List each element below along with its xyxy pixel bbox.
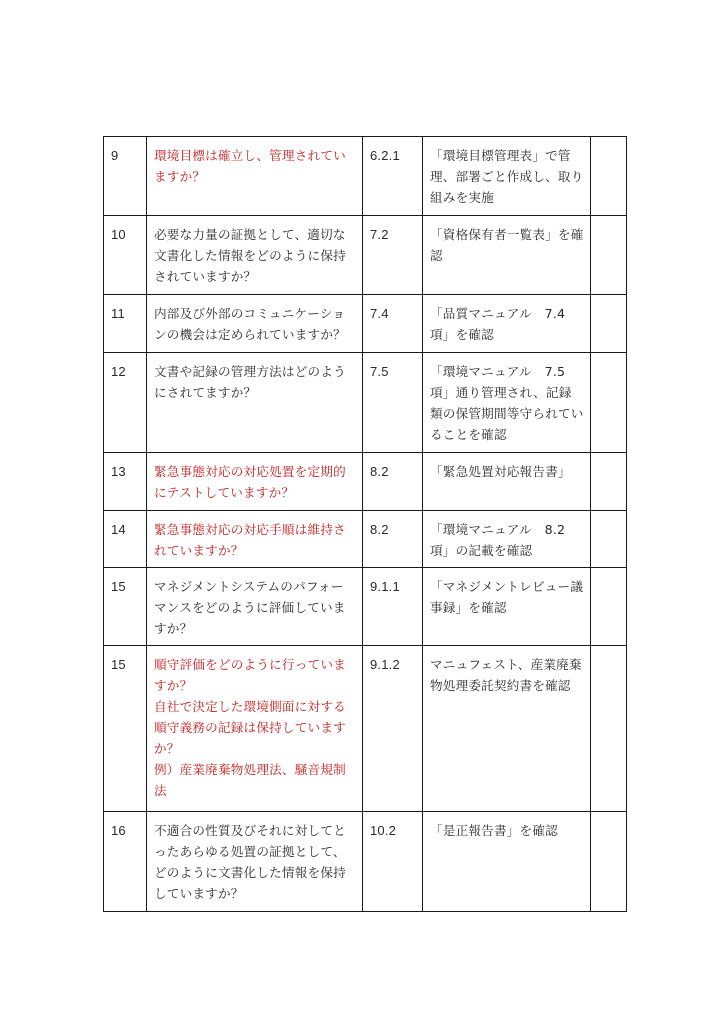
audit-table-body: 9 環境目標は確立し、管理されていますか？ 6.2.1 「環境目標管理表」で管理… <box>104 137 627 912</box>
item-number: 9 <box>104 137 146 172</box>
check-cell[interactable] <box>591 216 627 295</box>
table-row: 13 緊急事態対応の対応処置を定期的にテストしていますか？ 8.2 「緊急処置対… <box>104 453 627 511</box>
check-mark <box>591 295 626 309</box>
question-text: 文書や記録の管理方法はどのようにされてますか？ <box>147 353 362 409</box>
check-cell[interactable] <box>591 812 627 912</box>
evidence-text: 「マネジメントレビュー議事録」を確認 <box>423 568 590 624</box>
clause-number: 10.2 <box>363 812 422 847</box>
clause-cell: 8.2 <box>363 511 423 568</box>
item-number: 13 <box>104 453 146 488</box>
evidence-text: 「緊急処置対応報告書」 <box>423 453 590 488</box>
check-mark <box>591 646 626 660</box>
item-number: 15 <box>104 646 146 681</box>
item-number-cell: 16 <box>104 812 147 912</box>
clause-number: 8.2 <box>363 511 422 546</box>
clause-number: 9.1.2 <box>363 646 422 681</box>
check-mark <box>591 137 626 151</box>
evidence-text: マニュフェスト、産業廃棄物処理委託契約書を確認 <box>423 646 590 702</box>
check-cell[interactable] <box>591 646 627 812</box>
evidence-cell: 「環境目標管理表」で管理、部署ごと作成し、取り組みを実施 <box>423 137 591 216</box>
evidence-text: 「品質マニュアル 7.4 項」を確認 <box>423 295 590 351</box>
item-number: 16 <box>104 812 146 847</box>
item-number: 10 <box>104 216 146 251</box>
evidence-text: 「環境目標管理表」で管理、部署ごと作成し、取り組みを実施 <box>423 137 590 214</box>
evidence-cell: 「緊急処置対応報告書」 <box>423 453 591 511</box>
item-number-cell: 10 <box>104 216 147 295</box>
item-number: 12 <box>104 353 146 388</box>
check-mark <box>591 568 626 582</box>
evidence-cell: 「環境マニュアル 7.5 項」通り管理され、記録類の保管期間等守られていることを… <box>423 353 591 453</box>
evidence-cell: 「是正報告書」を確認 <box>423 812 591 912</box>
question-cell: 内部及び外部のコミュニケーションの機会は定められていますか？ <box>147 295 363 353</box>
clause-cell: 10.2 <box>363 812 423 912</box>
clause-number: 8.2 <box>363 453 422 488</box>
table-row: 9 環境目標は確立し、管理されていますか？ 6.2.1 「環境目標管理表」で管理… <box>104 137 627 216</box>
clause-number: 7.5 <box>363 353 422 388</box>
clause-cell: 7.4 <box>363 295 423 353</box>
evidence-text: 「資格保有者一覧表」を確認 <box>423 216 590 272</box>
evidence-cell: 「品質マニュアル 7.4 項」を確認 <box>423 295 591 353</box>
question-text: 内部及び外部のコミュニケーションの機会は定められていますか？ <box>147 295 362 351</box>
item-number-cell: 13 <box>104 453 147 511</box>
table-row: 16 不適合の性質及びそれに対してとったあらゆる処置の証拠として、どのように文書… <box>104 812 627 912</box>
clause-number: 6.2.1 <box>363 137 422 172</box>
clause-cell: 9.1.2 <box>363 646 423 812</box>
evidence-text: 「環境マニュアル 8.2 項」の記載を確認 <box>423 511 590 567</box>
item-number-cell: 14 <box>104 511 147 568</box>
item-number: 15 <box>104 568 146 603</box>
item-number-cell: 9 <box>104 137 147 216</box>
item-number-cell: 12 <box>104 353 147 453</box>
table-row: 10 必要な力量の証拠として、適切な文書化した情報をどのように保持されていますか… <box>104 216 627 295</box>
question-cell: 不適合の性質及びそれに対してとったあらゆる処置の証拠として、どのように文書化した… <box>147 812 363 912</box>
question-text: 緊急事態対応の対応手順は維持されていますか？ <box>147 511 362 567</box>
table-row: 15 順守評価をどのように行っていますか？ 自社で決定した環境側面に対する順守義… <box>104 646 627 812</box>
check-mark <box>591 216 626 230</box>
table-row: 14 緊急事態対応の対応手順は維持されていますか？ 8.2 「環境マニュアル 8… <box>104 511 627 568</box>
item-number-cell: 15 <box>104 568 147 646</box>
evidence-cell: 「環境マニュアル 8.2 項」の記載を確認 <box>423 511 591 568</box>
table-row: 11 内部及び外部のコミュニケーションの機会は定められていますか？ 7.4 「品… <box>104 295 627 353</box>
question-cell: マネジメントシステムのパフォーマンスをどのように評価していますか？ <box>147 568 363 646</box>
evidence-cell: マニュフェスト、産業廃棄物処理委託契約書を確認 <box>423 646 591 812</box>
evidence-cell: 「マネジメントレビュー議事録」を確認 <box>423 568 591 646</box>
evidence-cell: 「資格保有者一覧表」を確認 <box>423 216 591 295</box>
check-mark <box>591 812 626 826</box>
document-page: 9 環境目標は確立し、管理されていますか？ 6.2.1 「環境目標管理表」で管理… <box>0 0 724 1024</box>
check-mark <box>591 511 626 525</box>
check-cell[interactable] <box>591 511 627 568</box>
question-text: 不適合の性質及びそれに対してとったあらゆる処置の証拠として、どのように文書化した… <box>147 812 362 910</box>
check-cell[interactable] <box>591 353 627 453</box>
check-cell[interactable] <box>591 137 627 216</box>
check-mark <box>591 453 626 467</box>
clause-cell: 7.5 <box>363 353 423 453</box>
check-cell[interactable] <box>591 295 627 353</box>
clause-number: 7.4 <box>363 295 422 330</box>
table-row: 15 マネジメントシステムのパフォーマンスをどのように評価していますか？ 9.1… <box>104 568 627 646</box>
table-row: 12 文書や記録の管理方法はどのようにされてますか？ 7.5 「環境マニュアル … <box>104 353 627 453</box>
check-mark <box>591 353 626 367</box>
clause-cell: 9.1.1 <box>363 568 423 646</box>
evidence-text: 「是正報告書」を確認 <box>423 812 590 847</box>
check-cell[interactable] <box>591 453 627 511</box>
question-text: 環境目標は確立し、管理されていますか？ <box>147 137 362 193</box>
question-cell: 順守評価をどのように行っていますか？ 自社で決定した環境側面に対する順守義務の記… <box>147 646 363 812</box>
question-cell: 緊急事態対応の対応手順は維持されていますか？ <box>147 511 363 568</box>
item-number-cell: 11 <box>104 295 147 353</box>
question-text: マネジメントシステムのパフォーマンスをどのように評価していますか？ <box>147 568 362 645</box>
audit-checklist-table: 9 環境目標は確立し、管理されていますか？ 6.2.1 「環境目標管理表」で管理… <box>103 136 627 912</box>
check-cell[interactable] <box>591 568 627 646</box>
clause-number: 7.2 <box>363 216 422 251</box>
evidence-text: 「環境マニュアル 7.5 項」通り管理され、記録類の保管期間等守られていることを… <box>423 353 590 451</box>
question-cell: 環境目標は確立し、管理されていますか？ <box>147 137 363 216</box>
question-cell: 必要な力量の証拠として、適切な文書化した情報をどのように保持されていますか？ <box>147 216 363 295</box>
clause-cell: 6.2.1 <box>363 137 423 216</box>
clause-number: 9.1.1 <box>363 568 422 603</box>
question-text: 順守評価をどのように行っていますか？ 自社で決定した環境側面に対する順守義務の記… <box>147 646 362 807</box>
item-number-cell: 15 <box>104 646 147 812</box>
question-cell: 緊急事態対応の対応処置を定期的にテストしていますか？ <box>147 453 363 511</box>
item-number: 11 <box>104 295 146 330</box>
question-text: 緊急事態対応の対応処置を定期的にテストしていますか？ <box>147 453 362 509</box>
question-cell: 文書や記録の管理方法はどのようにされてますか？ <box>147 353 363 453</box>
clause-cell: 7.2 <box>363 216 423 295</box>
item-number: 14 <box>104 511 146 546</box>
clause-cell: 8.2 <box>363 453 423 511</box>
question-text: 必要な力量の証拠として、適切な文書化した情報をどのように保持されていますか？ <box>147 216 362 293</box>
